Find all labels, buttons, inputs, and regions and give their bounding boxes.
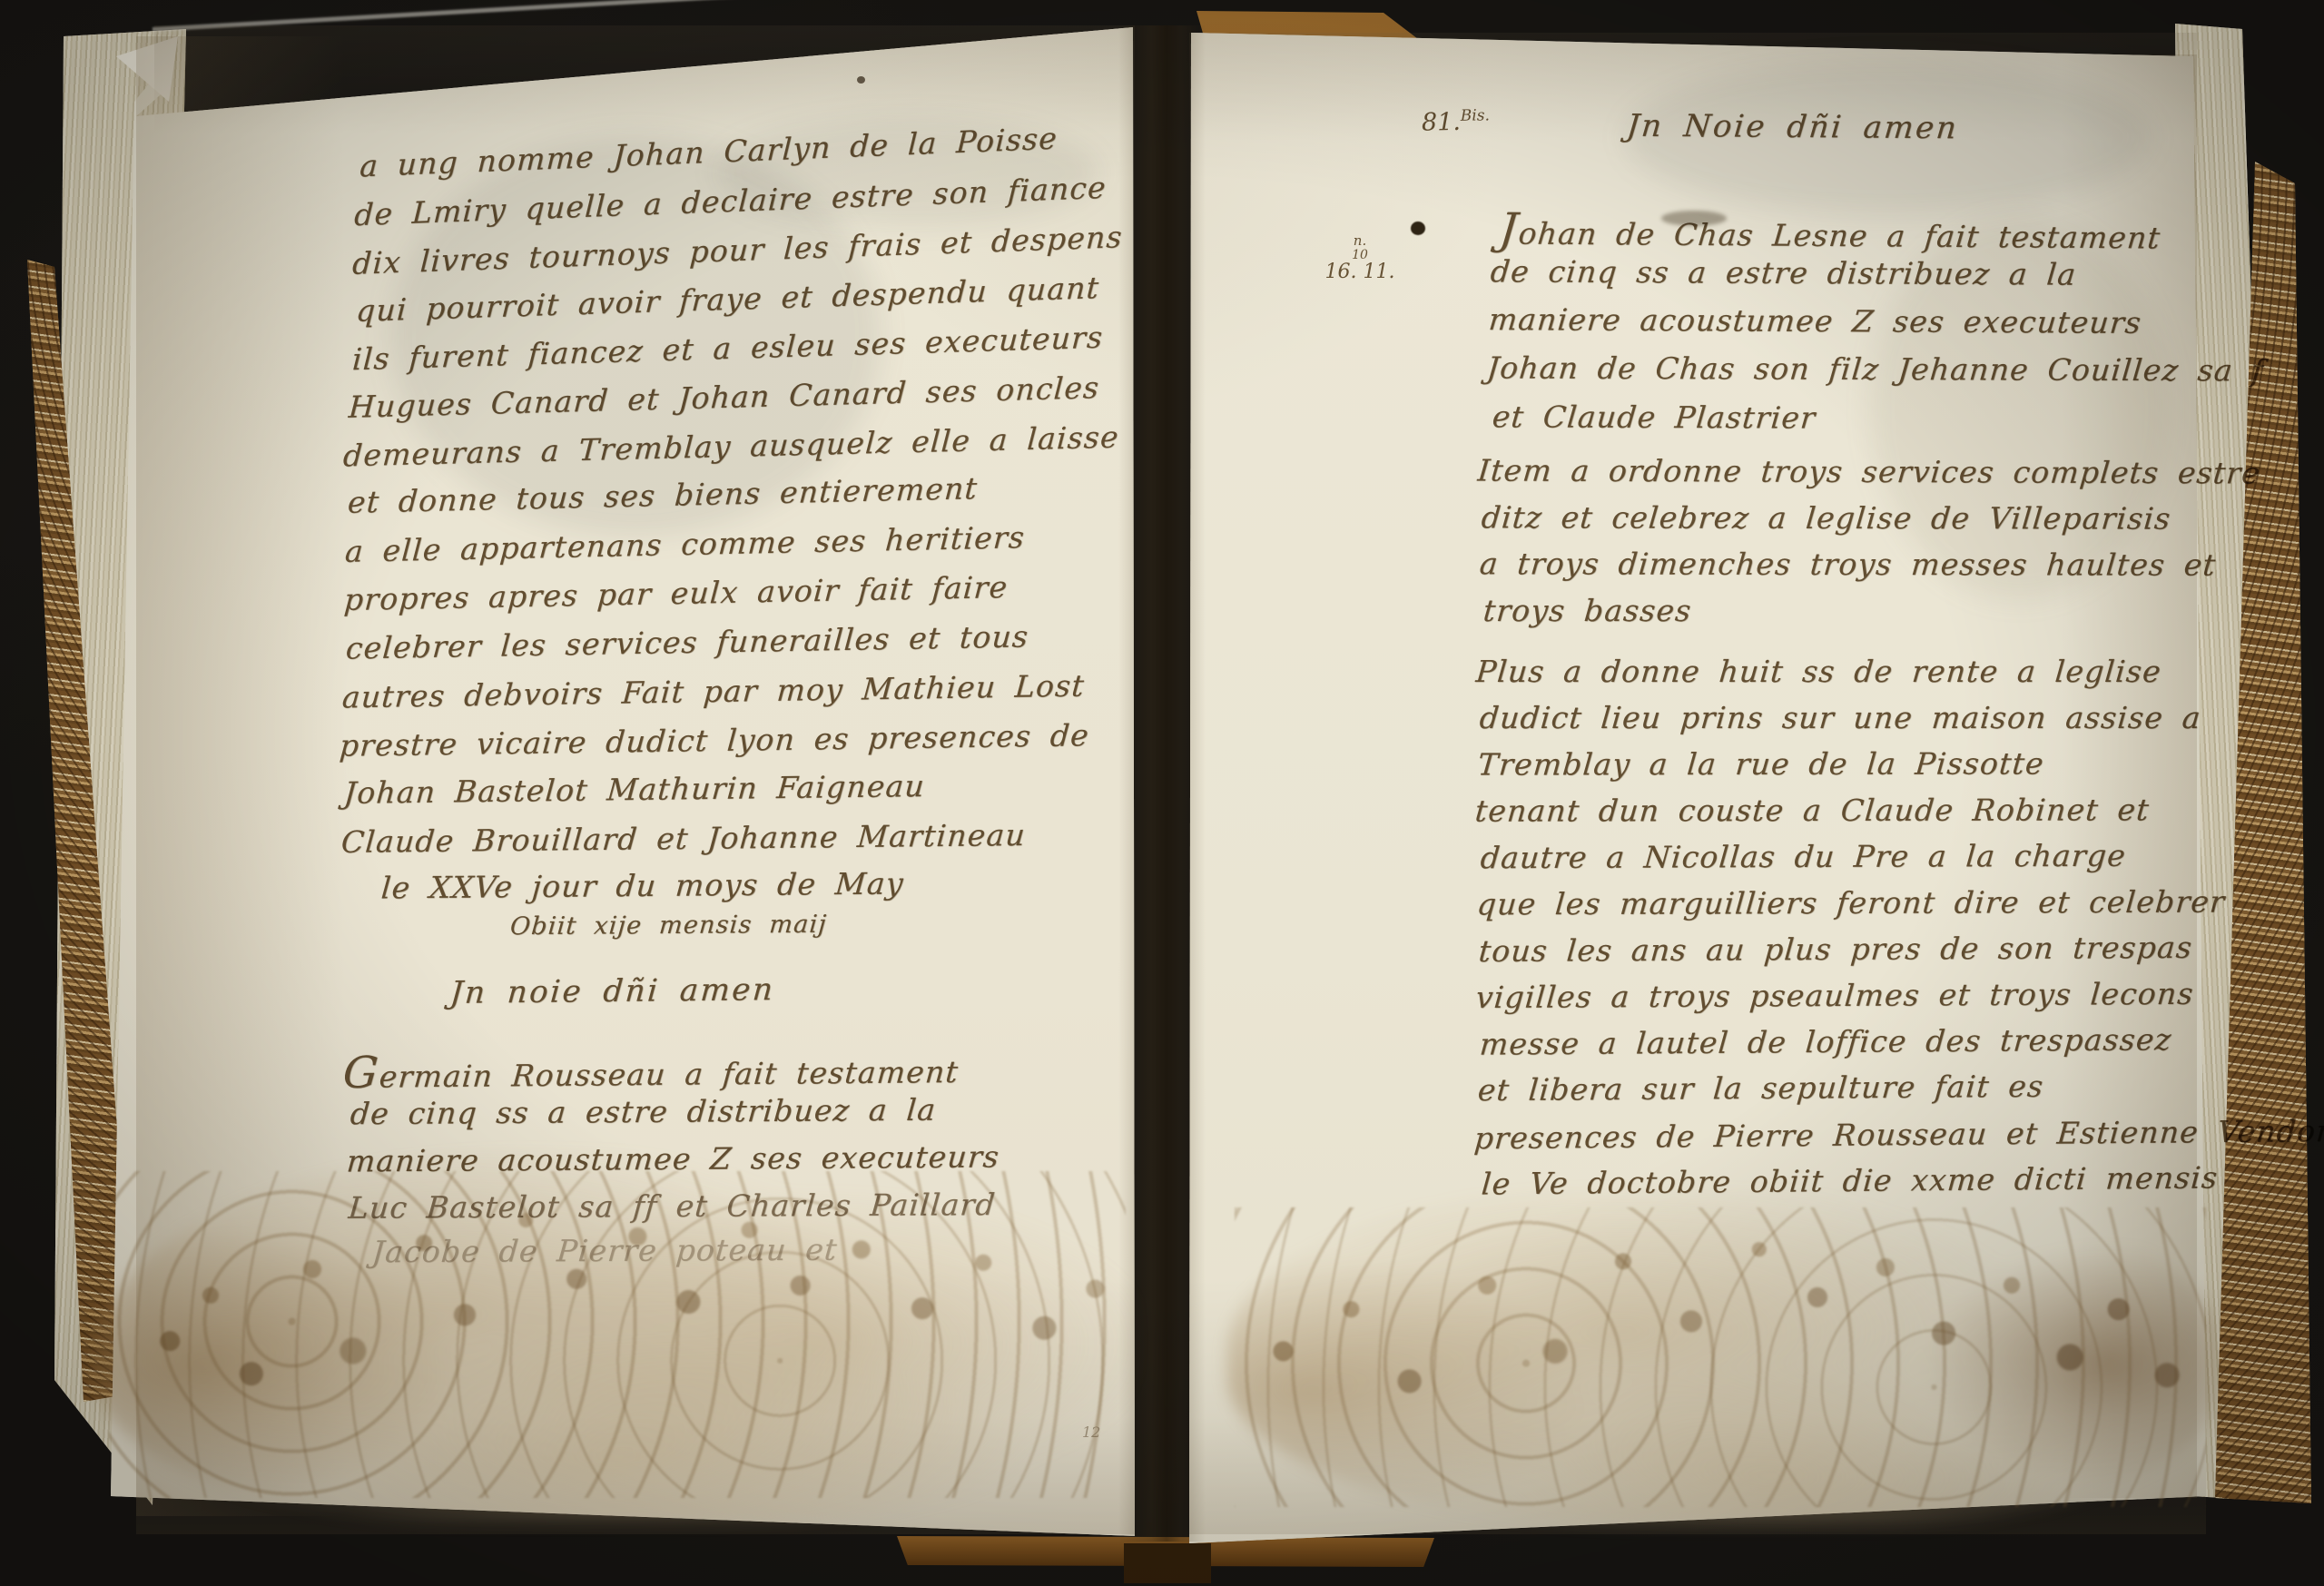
margin-note-top: n. bbox=[1324, 234, 1396, 249]
manuscript-line: troys basses bbox=[1482, 593, 1693, 628]
manuscript-line: maniere acoustumee Z ses executeurs bbox=[1487, 301, 2143, 340]
section-heading-invocation: Jn noie dñi amen bbox=[448, 971, 775, 1011]
margin-note: n. 10 16. 11. bbox=[1324, 234, 1396, 283]
manuscript-line: et libera sur la sepulture fait es bbox=[1476, 1069, 2044, 1108]
gutter-shadow bbox=[1118, 25, 1206, 1542]
manuscript-line: le Ve doctobre obiit die xxme dicti mens… bbox=[1480, 1159, 2219, 1201]
manuscript-line: Plus a donne huit ss de rente a leglise bbox=[1474, 654, 2162, 689]
gutter-base-shadow bbox=[1124, 1543, 1211, 1583]
manuscript-line: le XXVe jour du moys de May bbox=[379, 865, 905, 905]
manuscript-line: de cinq ss a estre distribuez a la bbox=[1489, 253, 2078, 291]
ink-blot bbox=[1411, 222, 1425, 235]
foliation-mark: 12 bbox=[1082, 1423, 1100, 1441]
manuscript-line: que les marguilliers feront dire et cele… bbox=[1475, 884, 2226, 922]
manuscript-line: Luc Bastelot sa ff et Charles Paillard bbox=[347, 1187, 997, 1226]
folio-superscript: Bis. bbox=[1461, 106, 1490, 125]
manuscript-line: et Claude Plastrier bbox=[1491, 399, 1817, 435]
manuscript-line: ditz et celebrez a leglise de Villeparis… bbox=[1480, 499, 2172, 536]
left-page-top-edge-highlight bbox=[153, 0, 1131, 32]
margin-note-main: 16. 11. bbox=[1324, 261, 1396, 282]
manuscript-line: Item a ordonne troys services complets e… bbox=[1476, 453, 2262, 491]
obiit-note: Obiit xije mensis maij bbox=[509, 911, 828, 941]
manuscript-line: Tremblay a la rue de la Pissotte bbox=[1476, 745, 2045, 782]
folio-number: 81.Bis. bbox=[1422, 106, 1491, 136]
manuscript-line: de cinq ss a estre distribuez a la bbox=[349, 1092, 937, 1132]
manuscript-line: maniere acoustumee Z ses executeurs bbox=[345, 1138, 1000, 1178]
ink-fleck bbox=[857, 76, 865, 84]
manuscript-line: Claude Brouillard et Johanne Martineau bbox=[340, 817, 1028, 860]
manuscript-line: tous les ans au plus pres de son trespas bbox=[1477, 930, 2193, 969]
manuscript-line: Germain Rousseau a fait testament bbox=[341, 1043, 961, 1098]
manuscript-line: messe a lautel de loffice des trespassez bbox=[1478, 1021, 2173, 1061]
manuscript-line: tenant dun couste a Claude Robinet et bbox=[1473, 792, 2151, 828]
manuscript-line: vigilles a troys pseaulmes et troys leco… bbox=[1474, 976, 2195, 1015]
folio-number-value: 81. bbox=[1422, 108, 1461, 137]
margin-note-superscript: 10 bbox=[1324, 249, 1396, 262]
manuscript-line: presences de Pierre Rousseau et Estienne… bbox=[1472, 1113, 2324, 1157]
manuscript-line-faded: Jacobe de Pierre poteau et bbox=[370, 1232, 839, 1270]
right-page-mold-spots bbox=[1235, 1207, 2206, 1507]
manuscript-line: dautre a Nicollas du Pre a la charge bbox=[1479, 838, 2127, 875]
manuscript-photo: a ung nomme Johan Carlyn de la Poisse de… bbox=[0, 0, 2324, 1586]
manuscript-line: a troys dimenches troys messes haultes e… bbox=[1478, 546, 2218, 582]
manuscript-line: Johan de Chas Lesne a fait testament bbox=[1497, 204, 2163, 259]
manuscript-line: Johan de Chas son filz Jehanne Couillez … bbox=[1485, 350, 2266, 389]
manuscript-line: Johan Bastelot Mathurin Faigneau bbox=[343, 768, 927, 811]
manuscript-line: dudict lieu prins sur une maison assise … bbox=[1478, 700, 2202, 735]
section-heading-invocation: Jn Noie dñi amen bbox=[1625, 108, 1960, 147]
